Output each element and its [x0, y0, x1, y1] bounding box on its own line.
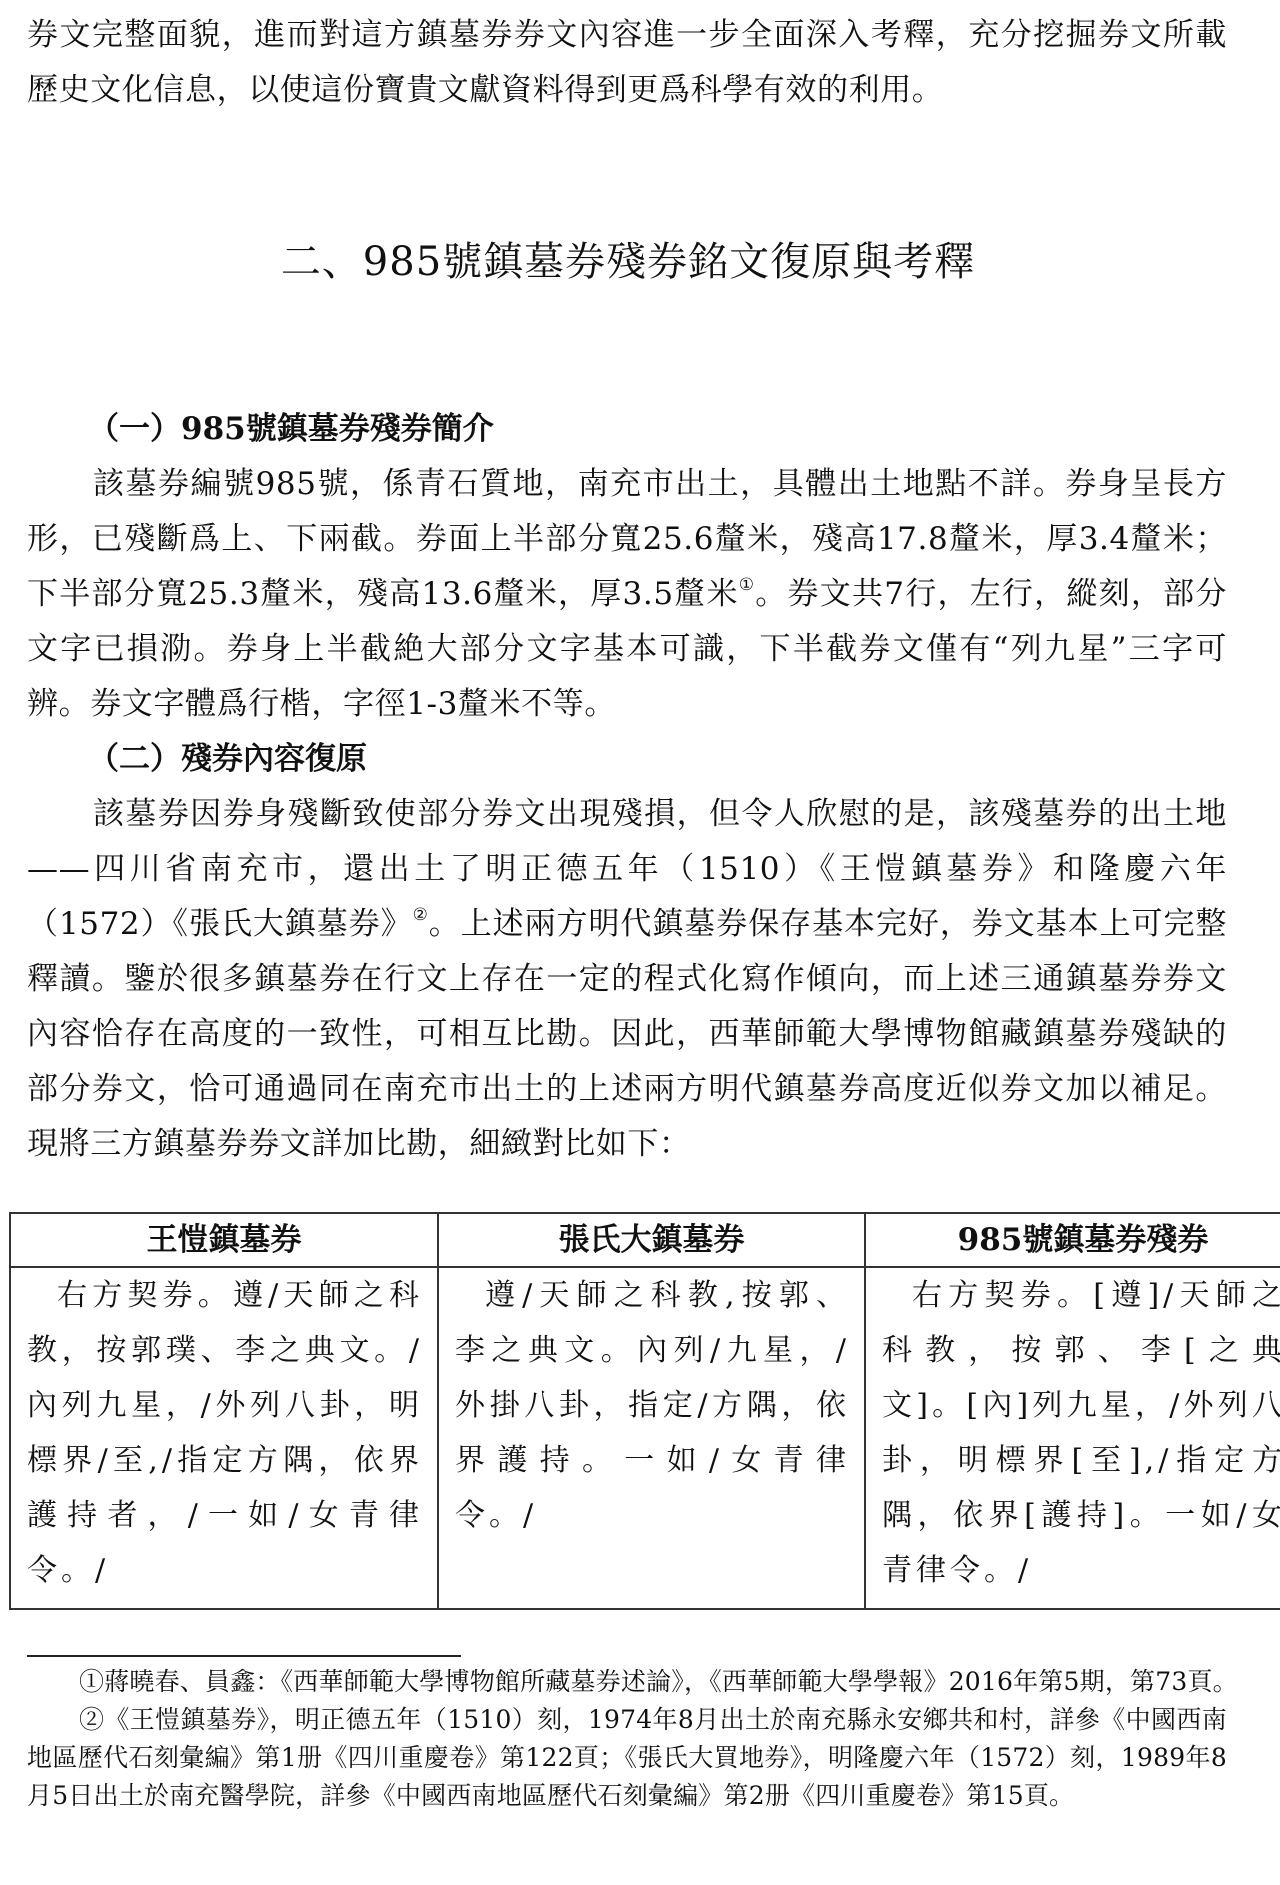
subsection-2-paragraph: 該墓券因券身殘斷致使部分券文出現殘損，但令人欣慰的是，該殘墓券的出土地——四川省… [27, 787, 1227, 1172]
table-header-row: 王愷鎮墓券 張氏大鎮墓券 985號鎮墓券殘券 [10, 1213, 1280, 1267]
table-cell: 右方契券。[遵]/天師之科教，按郭、李[之典文]。[內]列九星，/外列八卦，明標… [865, 1267, 1280, 1609]
footnote-1: ①蔣曉春、員鑫：《西華師範大學博物館所藏墓券述論》，《西華師範大學學報》2016… [27, 1663, 1280, 1701]
subsection-heading-1: （一）985號鎮墓券殘券簡介 [88, 402, 494, 457]
table-row: 右方契券。遵/天師之科教，按郭璞、李之典文。/內列九星，/外列八卦，明標界/至,… [10, 1267, 1280, 1609]
footnote-ref-1[interactable]: ① [739, 575, 755, 595]
table-cell: 遵/天師之科教,按郭、李之典文。內列/九星，/外掛八卦，指定/方隅，依界護持。一… [438, 1267, 865, 1609]
document-page: 券文完整面貌，進而對這方鎮墓券券文內容進一步全面深入考釋，充分挖掘券文所載歷史文… [0, 0, 1280, 1885]
comparison-table: 王愷鎮墓券 張氏大鎮墓券 985號鎮墓券殘券 右方契券。遵/天師之科教，按郭璞、… [9, 1212, 1280, 1610]
column-header: 王愷鎮墓券 [10, 1213, 438, 1267]
paragraph-text: 。上述兩方明代鎮墓券保存基本完好，券文基本上可完整釋讀。鑒於很多鎮墓券在行文上存… [27, 906, 1227, 1162]
footnote-ref-2[interactable]: ② [413, 905, 429, 925]
footnotes: ①蔣曉春、員鑫：《西華師範大學博物館所藏墓券述論》，《西華師範大學學報》2016… [27, 1663, 1280, 1815]
table-cell: 右方契券。遵/天師之科教，按郭璞、李之典文。/內列九星，/外列八卦，明標界/至,… [10, 1267, 438, 1609]
subsection-1-paragraph: 該墓券編號985號，係青石質地，南充市出土，具體出土地點不詳。券身呈長方形，已殘… [27, 457, 1227, 732]
subsection-heading-2: （二）殘券內容復原 [88, 732, 367, 787]
section-title: 二、985號鎮墓券殘券銘文復原與考釋 [0, 232, 1256, 292]
cell-text: 右方契券。[遵]/天師之科教，按郭、李[之典文]。[內]列九星，/外列八卦，明標… [882, 1268, 1280, 1598]
column-header: 張氏大鎮墓券 [438, 1213, 865, 1267]
footnote-2: ②《王愷鎮墓券》，明正德五年（1510）刻，1974年8月出土於南充縣永安鄉共和… [27, 1701, 1227, 1815]
cell-text: 遵/天師之科教,按郭、李之典文。內列/九星，/外掛八卦，指定/方隅，依界護持。一… [455, 1268, 850, 1543]
column-header: 985號鎮墓券殘券 [865, 1213, 1280, 1267]
cell-text: 右方契券。遵/天師之科教，按郭璞、李之典文。/內列九星，/外列八卦，明標界/至,… [27, 1268, 423, 1598]
footnote-divider [27, 1655, 461, 1657]
intro-paragraph: 券文完整面貌，進而對這方鎮墓券券文內容進一步全面深入考釋，充分挖掘券文所載歷史文… [27, 8, 1227, 118]
